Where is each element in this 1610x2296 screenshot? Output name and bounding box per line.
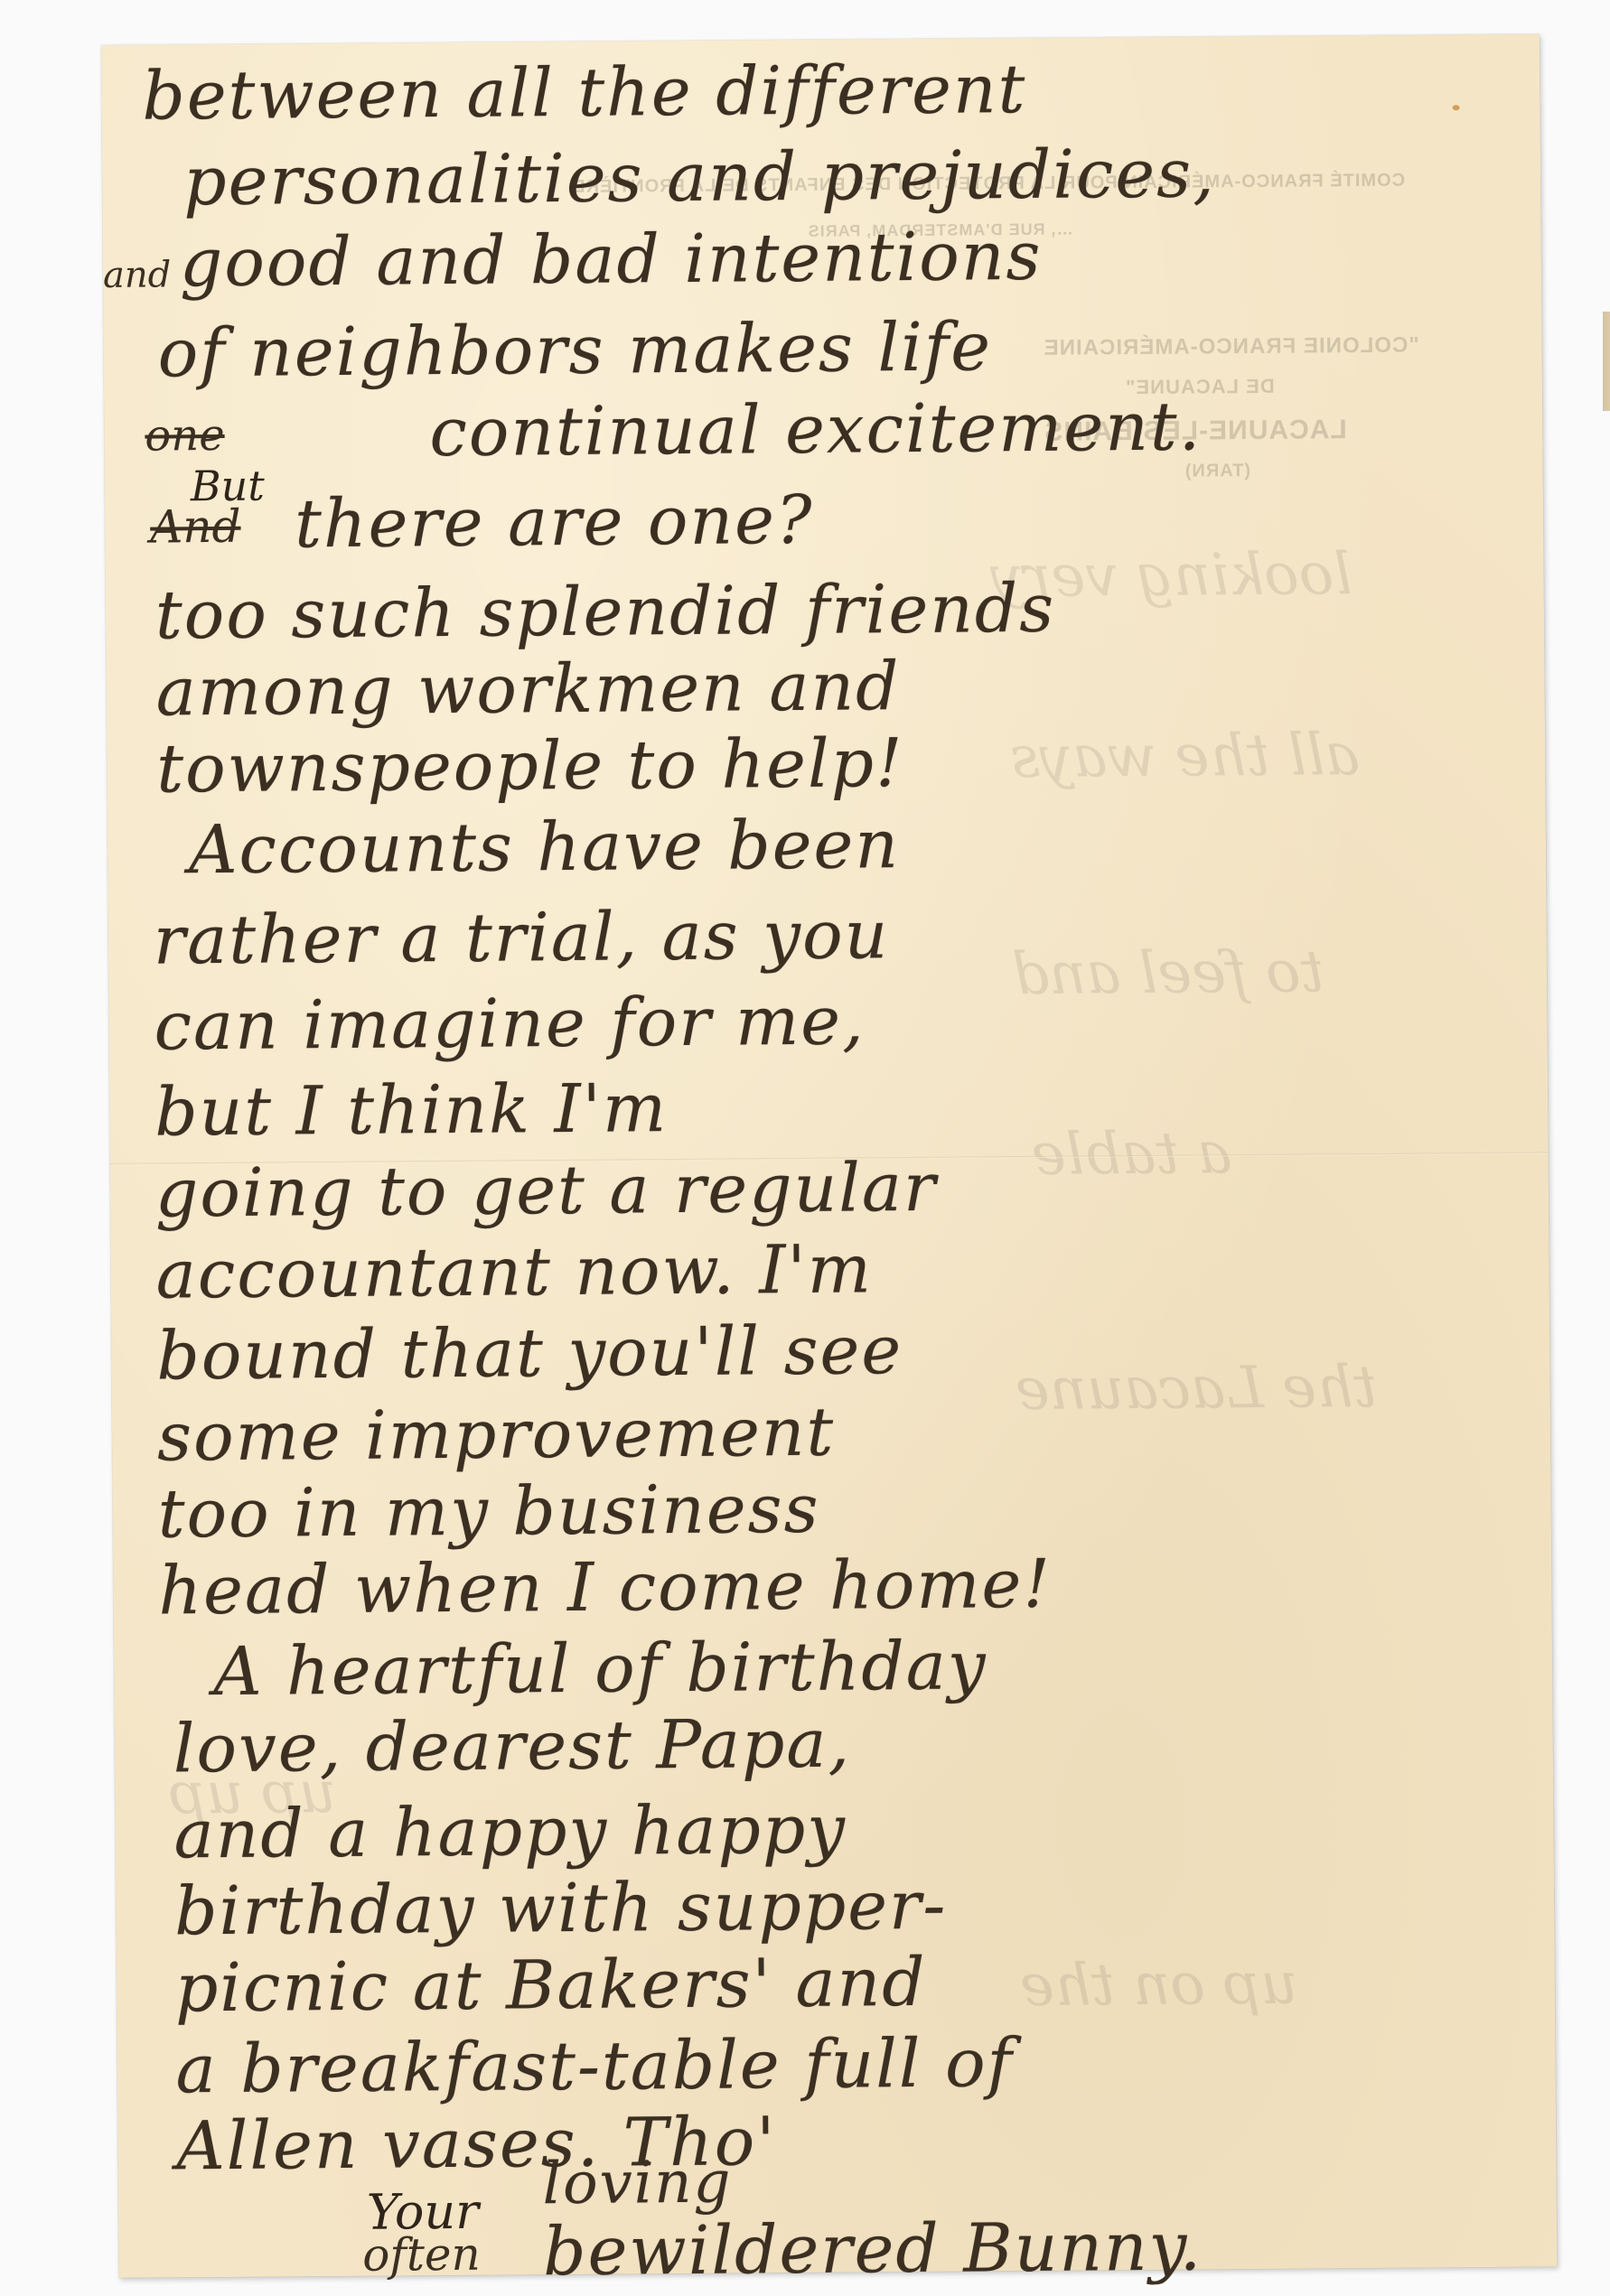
letter-line-16: bound that you'll see — [156, 1317, 903, 1389]
margin-word-one-struck: one — [145, 410, 225, 462]
letter-line-23: birthday with supper- — [174, 1872, 948, 1946]
letter-line-21: love, dearest Papa, — [173, 1711, 852, 1783]
letterhead-colonie: "COLONIE FRANCO-AMÉRICAINE — [1044, 333, 1419, 361]
margin-insertion-and: and — [103, 254, 172, 296]
letter-line-15: accountant now. I'm — [155, 1236, 873, 1308]
letter-line-10: Accounts have been — [189, 811, 901, 883]
letter-line-6: there are one? — [295, 487, 814, 558]
reverse-side-ghost-writing: to feel and — [1012, 938, 1325, 1008]
letter-line-14: going to get a regular — [155, 1154, 938, 1227]
struck-word-and: And — [150, 500, 241, 554]
signature-line: bewildered Bunny. — [543, 2214, 1203, 2286]
letter-line-13: but I think I'm — [154, 1075, 668, 1145]
letter-line-9: townspeople to help! — [156, 730, 904, 802]
letter-line-11: rather a trial, as you — [153, 901, 889, 974]
letter-line-17: some improvement — [157, 1399, 836, 1471]
ink-stain — [1453, 105, 1460, 110]
letter-line-1: between all the different — [142, 56, 1026, 130]
letter-line-12: can imagine for me, — [154, 987, 866, 1059]
letter-line-20: A heartful of birthday — [213, 1632, 988, 1705]
letter-line-2: personalities and prejudices, — [183, 140, 1216, 215]
letter-line-3: good and bad intentions — [180, 223, 1043, 296]
letter-line-4: of neighbors makes life — [157, 313, 992, 387]
letter-line-19: head when I come home! — [158, 1551, 1052, 1625]
letter-line-18: too in my business — [157, 1476, 819, 1548]
letter-line-24: picnic at Bakers' and — [175, 1949, 927, 2022]
letter-line-5: continual excitement. — [429, 393, 1202, 466]
letter-line-22: and a happy happy — [173, 1797, 847, 1869]
closing-often: often — [362, 2228, 481, 2282]
closing-loving: loving — [542, 2154, 732, 2214]
letter-line-8: among workmen and — [155, 653, 900, 725]
reverse-side-ghost-writing: all the ways — [1010, 722, 1360, 791]
letter-line-7: too such splendid friends — [155, 575, 1056, 649]
adjacent-sheet-edge — [1603, 312, 1610, 411]
reverse-side-ghost-writing: up on the — [1020, 1951, 1298, 2020]
letter-page: COMITÉ FRANCO-AMÉRICAIN POUR LA PROTECTI… — [101, 33, 1557, 2277]
letter-line-25: a breakfast-table full of — [175, 2030, 1014, 2103]
reverse-side-ghost-writing: the Lacaune — [1015, 1354, 1377, 1423]
